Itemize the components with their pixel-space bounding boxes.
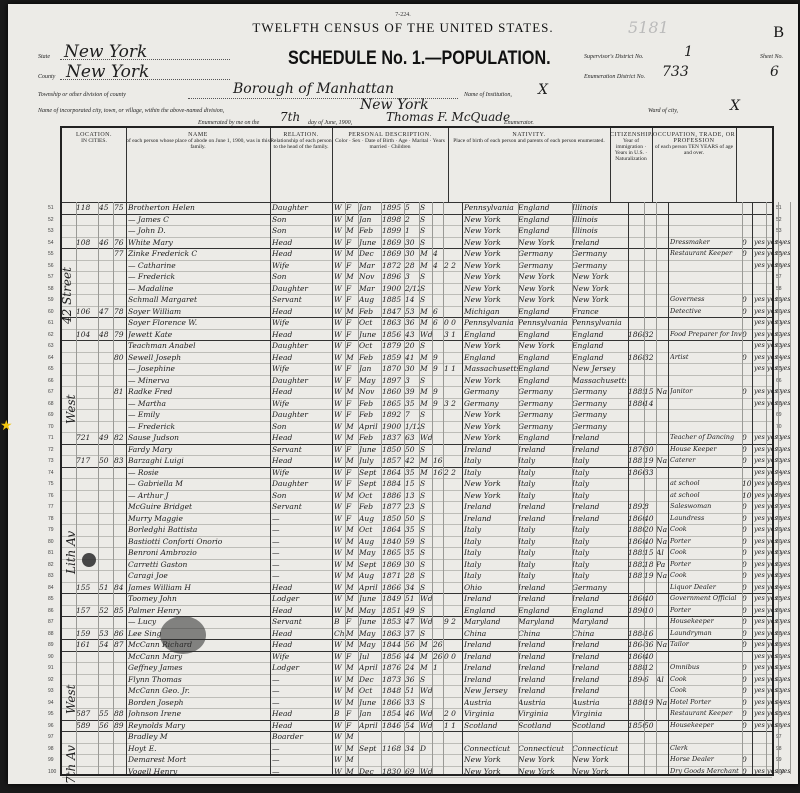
cell-years-us [644, 754, 656, 766]
cell-marital: M [420, 386, 432, 398]
cell-name: Toomey John [128, 593, 270, 605]
cell-mother: Italy [572, 455, 626, 467]
cell-age: 47 [405, 616, 419, 628]
cell-relation: Lodger [272, 593, 332, 605]
cell-nat [656, 662, 668, 674]
cell-age: 53 [405, 306, 419, 318]
cell-month: May [359, 375, 381, 387]
cell-dwelling: 50 [99, 455, 113, 467]
cell-name: — Madaline [128, 283, 270, 295]
cell-year: 1869 [382, 559, 404, 571]
cell-age: 2/12 [405, 283, 419, 295]
cell-marital: S [420, 202, 432, 214]
cell-marital: S [420, 409, 432, 421]
cell-months [742, 202, 752, 214]
cell-month: May [359, 628, 381, 640]
cell-occupation: Governess [670, 294, 742, 306]
cell-yrs-married [433, 685, 443, 697]
cell-nat [656, 605, 668, 617]
cell-yrs-married [433, 766, 443, 778]
cell-relation: Daughter [272, 409, 332, 421]
cell-name: Vogell Henry [128, 766, 270, 778]
cell-year [382, 731, 404, 743]
cell-children [444, 248, 462, 260]
cell-age: 34 [405, 743, 419, 755]
cell-occupation [670, 421, 742, 433]
cell-birth: New York [464, 340, 518, 352]
cell-sex: F [346, 294, 358, 306]
cell-immig: 1892 [628, 501, 644, 513]
cell-mother: Ireland [572, 674, 626, 686]
cell-immig: 1880 [628, 524, 644, 536]
cell-month: Feb [359, 501, 381, 513]
cell-marital: Wd [420, 329, 432, 341]
cell-name: Flynn Thomas [128, 674, 270, 686]
cell-house [76, 248, 98, 260]
line-number: 81 [48, 550, 54, 556]
cell-children [444, 375, 462, 387]
cell-mother: Italy [572, 467, 626, 479]
cell-marital: Wd [420, 708, 432, 720]
cell-yrs-married [433, 329, 443, 341]
cell-birth: Ireland [464, 662, 518, 674]
cell-sex: M [346, 674, 358, 686]
cell-sex: M [346, 559, 358, 571]
cell-mother: Scotland [572, 720, 626, 732]
cell-birth: New York [464, 214, 518, 226]
cell-father: New York [518, 237, 572, 249]
cell-father: New York [518, 754, 572, 766]
cell-birth: England [464, 352, 518, 364]
cell-relation: Wife [272, 651, 332, 663]
cell-months: 0 [742, 501, 752, 513]
cell-months: 0 [742, 237, 752, 249]
cell-name: Bradley M [128, 731, 270, 743]
cell-marital: Wd [420, 685, 432, 697]
cell-name: Radke Fred [128, 386, 270, 398]
line-number: 89 [48, 642, 54, 648]
cell-dwelling [99, 294, 113, 306]
cell-occupation: Cook [670, 685, 742, 697]
cell-dwelling [99, 697, 113, 709]
cell-birth: New York [464, 409, 518, 421]
cell-years-us [644, 248, 656, 260]
cell-name: — Minerva [128, 375, 270, 387]
cell-marital [420, 754, 432, 766]
cell-year: 1854 [382, 708, 404, 720]
cell-month: April [359, 421, 381, 433]
cell-month: July [359, 455, 381, 467]
grid-line [126, 202, 127, 774]
line-number: 94 [48, 700, 54, 706]
cell-father: Pennsylvania [518, 317, 572, 329]
cell-months [742, 375, 752, 387]
cell-marital: S [420, 490, 432, 502]
cell-nat: Na [656, 455, 668, 467]
cell-children [444, 743, 462, 755]
line-number: 51 [48, 205, 54, 211]
cell-sex: F [346, 720, 358, 732]
cell-children [444, 639, 462, 651]
cell-year: 1851 [382, 605, 404, 617]
cell-year: 1853 [382, 616, 404, 628]
cell-year: 1886 [382, 490, 404, 502]
cell-house [76, 490, 98, 502]
cell-mother: Italy [572, 559, 626, 571]
cell-relation: Wife [272, 317, 332, 329]
cell-years-us [644, 260, 656, 272]
cell-years-us [644, 340, 656, 352]
cell-month: June [359, 444, 381, 456]
cell-relation: Head [272, 386, 332, 398]
cell-nat [656, 283, 668, 295]
cell-father: Italy [518, 478, 572, 490]
cell-age: 51 [405, 685, 419, 697]
cell-yrs-married [433, 708, 443, 720]
cell-name: Johnson Irene [128, 708, 270, 720]
cell-children [444, 421, 462, 433]
cell-occupation [670, 317, 742, 329]
cell-months: 0 [742, 294, 752, 306]
cell-children: 9 2 [444, 616, 462, 628]
cell-mother: Germany [572, 421, 626, 433]
cell-yrs-married: 4 [433, 260, 443, 272]
supervisor-label: Supervisor's District No. [584, 54, 643, 60]
cell-months: 0 [742, 432, 752, 444]
cell-house [76, 513, 98, 525]
cell-months: 0 [742, 639, 752, 651]
cell-dwelling: 51 [99, 582, 113, 594]
grid-line [462, 202, 463, 774]
cell-sex: M [346, 685, 358, 697]
cell-name: — Emily [128, 409, 270, 421]
cell-relation: Daughter [272, 375, 332, 387]
grid-line [644, 202, 645, 774]
cell-nat [656, 754, 668, 766]
cell-nat [656, 202, 668, 214]
cell-mother: England [572, 352, 626, 364]
cell-occupation: Porter [670, 559, 742, 571]
cell-occupation: Liquor Dealer [670, 582, 742, 594]
cell-house: 159 [76, 628, 98, 640]
cell-birth: Ireland [464, 593, 518, 605]
cell-house [76, 524, 98, 536]
cell-birth: Connecticut [464, 743, 518, 755]
cell-name: Borden Joseph [128, 697, 270, 709]
cell-year: 1885 [382, 294, 404, 306]
cell-father: New York [518, 271, 572, 283]
cell-occupation [670, 283, 742, 295]
cell-sex: M [346, 743, 358, 755]
cell-immig [628, 421, 644, 433]
grid-line [518, 202, 519, 774]
cell-children [444, 628, 462, 640]
cell-immig [628, 766, 644, 778]
cell-sex: M [346, 225, 358, 237]
city-label: Name of incorporated city, town, or vill… [38, 108, 224, 114]
enumeration-label: Enumeration District No. [584, 74, 645, 80]
cell-age: 24 [405, 662, 419, 674]
grid-line [790, 202, 791, 774]
cell-name: Reynolds Mary [128, 720, 270, 732]
cell-age: 54 [405, 720, 419, 732]
line-number: 73 [48, 458, 54, 464]
cell-house: 104 [76, 329, 98, 341]
cell-mother: Italy [572, 570, 626, 582]
cell-year: 1865 [382, 398, 404, 410]
cell-house: 587 [76, 708, 98, 720]
cell-dwelling [99, 536, 113, 548]
cell-age: 39 [405, 386, 419, 398]
cell-dwelling: 54 [99, 639, 113, 651]
cell-month: Jan [359, 202, 381, 214]
cell-years-us: 18 [644, 559, 656, 571]
cell-month [359, 731, 381, 743]
cell-occupation: Teacher of Dancing [670, 432, 742, 444]
cell-dwelling [99, 766, 113, 778]
cell-father: Italy [518, 524, 572, 536]
grid-line [443, 202, 444, 774]
cell-dwelling [99, 363, 113, 375]
grid-line [381, 202, 382, 774]
cell-age: 1/12 [405, 421, 419, 433]
cell-marital: S [420, 674, 432, 686]
cell-relation: Head [272, 237, 332, 249]
cell-occupation: House Keeper [670, 444, 742, 456]
cell-father: England [518, 352, 572, 364]
grid-line [419, 202, 420, 774]
cell-marital: S [420, 697, 432, 709]
cell-nat [656, 616, 668, 628]
cell-months: 0 [742, 547, 752, 559]
cell-yrs-married [433, 271, 443, 283]
cell-relation: Head [272, 708, 332, 720]
cell-marital: M [420, 455, 432, 467]
cell-year: 1866 [382, 697, 404, 709]
cell-year: 1898 [382, 214, 404, 226]
cell-age: 34 [405, 582, 419, 594]
cell-months [742, 467, 752, 479]
cell-years-us [644, 294, 656, 306]
cell-nat [656, 225, 668, 237]
cell-dwelling [99, 593, 113, 605]
cell-sex: F [346, 444, 358, 456]
cell-birth: Ireland [464, 651, 518, 663]
cell-year: 1872 [382, 260, 404, 272]
cell-yrs-married [433, 731, 443, 743]
header-name: NAMEof each person whose place of abode … [126, 128, 271, 202]
cell-mother: New Jersey [572, 363, 626, 375]
cell-year: 1168 [382, 743, 404, 755]
cell-father: Ireland [518, 582, 572, 594]
cell-years-us [644, 685, 656, 697]
cell-relation: Head [272, 432, 332, 444]
cell-house [76, 340, 98, 352]
cell-yrs-married [433, 225, 443, 237]
cell-occupation [670, 363, 742, 375]
cell-children: 2 2 [444, 260, 462, 272]
cell-years-us [644, 708, 656, 720]
cell-yrs-married: 9 [433, 386, 443, 398]
line-number: 97 [48, 734, 54, 740]
cell-years-us [644, 306, 656, 318]
cell-age: 33 [405, 697, 419, 709]
cell-age: 44 [405, 651, 419, 663]
grid-line [332, 202, 333, 774]
cell-mother: Italy [572, 547, 626, 559]
cell-house [76, 674, 98, 686]
cell-immig: 1894 [628, 674, 644, 686]
cell-yrs-married: 26 [433, 651, 443, 663]
cell-father: Connecticut [518, 743, 572, 755]
cell-months: 10 [742, 490, 752, 502]
cell-birth: Italy [464, 570, 518, 582]
cell-relation: Servant [272, 294, 332, 306]
cell-name: Murry Maggie [128, 513, 270, 525]
cell-house [76, 662, 98, 674]
cell-occupation: Cook [670, 547, 742, 559]
cell-birth: Pennsylvania [464, 202, 518, 214]
cell-yrs-married: 16 [433, 455, 443, 467]
cell-months: 0 [742, 754, 752, 766]
cell-mother: Germany [572, 248, 626, 260]
cell-relation: Daughter [272, 478, 332, 490]
line-number: 98 [48, 746, 54, 752]
grid-line [778, 202, 779, 774]
cell-house [76, 363, 98, 375]
county-label: County [38, 74, 55, 80]
cell-months: 0 [742, 605, 752, 617]
cell-years-us: 32 [644, 329, 656, 341]
cell-sex: F [346, 708, 358, 720]
cell-house: 717 [76, 455, 98, 467]
cell-sex: M [346, 386, 358, 398]
table-header: LOCATION.IN CITIES. NAMEof each person w… [62, 128, 772, 203]
cell-sex: F [346, 340, 358, 352]
cell-year: 1840 [382, 536, 404, 548]
line-number: 83 [48, 573, 54, 579]
cell-month: Jan [359, 214, 381, 226]
cell-children [444, 697, 462, 709]
cell-relation: Son [272, 421, 332, 433]
cell-age: 13 [405, 490, 419, 502]
enumerator-name: Thomas F. McQuade [386, 110, 510, 124]
cell-months: 0 [742, 766, 752, 778]
line-number: 59 [48, 297, 54, 303]
cell-birth: New Jersey [464, 685, 518, 697]
cell-father: New York [518, 294, 572, 306]
cell-months: 0 [742, 697, 752, 709]
cell-occupation: Laundress [670, 513, 742, 525]
cell-name: Soyer William [128, 306, 270, 318]
cell-birth: New York [464, 421, 518, 433]
line-number: 78 [48, 516, 54, 522]
cell-sex: M [346, 754, 358, 766]
cell-relation: Wife [272, 398, 332, 410]
cell-nat [656, 340, 668, 352]
cell-year: 1871 [382, 570, 404, 582]
cell-age: 30 [405, 559, 419, 571]
cell-months [742, 731, 752, 743]
cell-years-us: 19 [644, 697, 656, 709]
cell-occupation: Restaurant Keeper [670, 248, 742, 260]
cell-dwelling: 45 [99, 202, 113, 214]
cell-mother: Ireland [572, 237, 626, 249]
cell-month: Mar [359, 283, 381, 295]
cell-marital: Wd [420, 616, 432, 628]
cell-marital: M [420, 248, 432, 260]
cell-house [76, 536, 98, 548]
cell-mother: Italy [572, 524, 626, 536]
cell-month: Dec [359, 766, 381, 778]
cell-month: April [359, 582, 381, 594]
cell-occupation: at school [670, 490, 742, 502]
cell-name: Sause Judson [128, 432, 270, 444]
cell-month: Feb [359, 225, 381, 237]
cell-year: 1892 [382, 409, 404, 421]
cell-mother: Ireland [572, 432, 626, 444]
cell-birth: New York [464, 225, 518, 237]
cell-immig [628, 248, 644, 260]
cell-house [76, 317, 98, 329]
cell-father: England [518, 214, 572, 226]
cell-relation: Head [272, 455, 332, 467]
cell-age: 50 [405, 444, 419, 456]
cell-marital: S [420, 225, 432, 237]
cell-occupation: Cook [670, 570, 742, 582]
cell-name: — Arthur J [128, 490, 270, 502]
cell-sex: F [346, 478, 358, 490]
cell-sex: M [346, 639, 358, 651]
cell-children: 3 2 [444, 398, 462, 410]
form-number: 7-224. [8, 12, 798, 18]
cell-age: 36 [405, 674, 419, 686]
cell-house [76, 697, 98, 709]
cell-occupation [670, 375, 742, 387]
line-number: 72 [48, 447, 54, 453]
cell-immig [628, 294, 644, 306]
cell-dwelling [99, 501, 113, 513]
cell-immig: 1885 [628, 547, 644, 559]
cell-children [444, 559, 462, 571]
cell-children [444, 352, 462, 364]
line-number: 70 [48, 424, 54, 430]
cell-sex: M [346, 536, 358, 548]
grid-line [656, 202, 657, 774]
cell-occupation: Housekeeper [670, 720, 742, 732]
cell-marital: S [420, 444, 432, 456]
grid-line [432, 202, 433, 774]
cell-nat [656, 490, 668, 502]
cell-house: 118 [76, 202, 98, 214]
sheet-number: 6 [770, 64, 779, 80]
cell-birth: Ireland [464, 513, 518, 525]
cell-year: 1869 [382, 237, 404, 249]
line-number: 85 [48, 596, 54, 602]
cell-month: Mar [359, 260, 381, 272]
census-table: LOCATION.IN CITIES. NAMEof each person w… [60, 126, 774, 776]
cell-dwelling [99, 513, 113, 525]
cell-nat [656, 260, 668, 272]
cell-birth: England [464, 329, 518, 341]
cell-age: 20 [405, 340, 419, 352]
cell-relation: Head [272, 352, 332, 364]
cell-nat: Na [656, 697, 668, 709]
grid-line [668, 202, 669, 774]
cell-immig [628, 237, 644, 249]
table-row: Vogell Henry—WMDec183069WdNew YorkNew Yo… [62, 766, 772, 779]
margin-note-west-2: West [64, 685, 78, 714]
